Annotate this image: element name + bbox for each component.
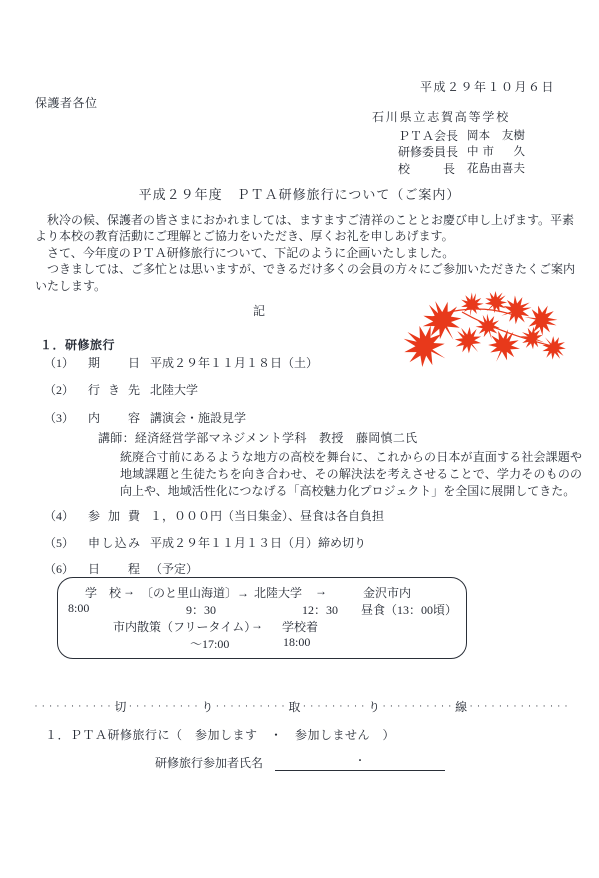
lecturer-line: 講師：経済経営学部マネジメント学科 教授 藤岡慎二氏 xyxy=(98,429,417,446)
paragraph: 秋冷の候、保護者の皆さまにおかれましては、ますますご清祥のこととお慶び申し上げま… xyxy=(35,212,576,245)
dotted-leader: ・・・・・・・・・・・ xyxy=(33,705,113,711)
officer-row: 校 長 花島由喜夫 xyxy=(398,161,525,177)
officer-name: 岡本 友樹 xyxy=(467,128,525,144)
cutline-char: り xyxy=(201,700,213,714)
recipient-line: 保護者各位 xyxy=(35,94,98,111)
item-number: （4） xyxy=(44,507,88,524)
item-label: 参加費 xyxy=(88,507,140,524)
item-value: 講演会・施設見学 xyxy=(150,409,246,426)
arrow-icon: → xyxy=(251,618,263,633)
officer-row: 研修委員長 中市 久 xyxy=(398,144,525,160)
schedule-via-road: 〔のと里山海道〕→ xyxy=(141,584,249,601)
document-date: 平成２９年１０月６日 xyxy=(0,78,555,95)
schedule-stop-school: 学 校 xyxy=(85,584,121,601)
dotted-leader: ・・・・・・・・・・ xyxy=(214,705,287,711)
item-value: 平成２９年１１月１３日（月）締め切り xyxy=(150,534,366,551)
participant-name-field: ・ xyxy=(275,756,445,771)
item-destination: （2） 行き先 北陸大学 xyxy=(44,381,198,398)
schedule-time: ～17:00 xyxy=(190,635,229,652)
cut-here-line: ・・・・・・・・・・・切・・・・・・・・・・り・・・・・・・・・・取・・・・・・… xyxy=(33,698,573,715)
officer-role: 研修委員長 xyxy=(398,144,455,160)
schedule-stop-kanazawa: 金沢市内 xyxy=(363,584,411,601)
schedule-time: 18:00 xyxy=(283,635,310,650)
participant-name-label: 研修旅行参加者氏名 xyxy=(155,754,263,771)
schedule-time: 12：30 xyxy=(302,601,338,618)
dotted-leader: ・・・・・・・・・・ xyxy=(127,705,200,711)
officer-name: 中市 久 xyxy=(467,144,525,160)
item-label: 申し込み xyxy=(88,534,140,551)
schedule-time: 9：30 xyxy=(186,601,216,618)
cutline-char: 線 xyxy=(455,700,467,714)
item-itinerary: （6） 日程 （予定） xyxy=(44,560,198,577)
lecturer-bio: 統廃合寸前にあるような地方の高校を舞台に、これからの日本が直面する社会課題や地域… xyxy=(120,449,582,501)
arrow-icon: → xyxy=(123,584,135,599)
sender-block: 石川県立志賀高等学校 ＰＴＡ会長 岡本 友樹 研修委員長 中市 久 校 長 花島… xyxy=(372,108,525,177)
participant-name-row: 研修旅行参加者氏名 ・ xyxy=(155,754,445,771)
item-number: （1） xyxy=(44,354,88,371)
officer-role: ＰＴＡ会長 xyxy=(398,128,455,144)
item-number: （5） xyxy=(44,534,88,551)
schedule-stop-return: 学校着 xyxy=(282,618,318,635)
item-value: （予定） xyxy=(150,560,198,577)
schedule-stop-university: 北陸大学 xyxy=(254,584,302,601)
schedule-time: 8:00 xyxy=(68,601,89,616)
item-number: （2） xyxy=(44,381,88,398)
item-label: 期日 xyxy=(88,354,140,371)
dotted-leader: ・・・・・・・・・ xyxy=(301,705,367,711)
document-title: 平成２９年度 ＰＴＡ研修旅行について（ご案内） xyxy=(0,184,599,203)
cutline-char: り xyxy=(368,700,380,714)
item-application: （5） 申し込み 平成２９年１１月１３日（月）締め切り xyxy=(44,534,366,551)
maple-leaves-illustration xyxy=(402,290,567,378)
schedule-box: 学 校 → 〔のと里山海道〕→ 北陸大学 → 金沢市内 8:00 9：30 12… xyxy=(57,577,467,659)
item-number: （3） xyxy=(44,409,88,426)
item-value: 平成２９年１１月１８日（土） xyxy=(150,354,318,371)
greeting-paragraphs: 秋冷の候、保護者の皆さまにおかれましては、ますますご清祥のこととお慶び申し上げま… xyxy=(35,212,576,294)
pta-trip-notice-document: 平成２９年１０月６日 保護者各位 石川県立志賀高等学校 ＰＴＡ会長 岡本 友樹 … xyxy=(0,0,599,878)
item-date: （1） 期日 平成２９年１１月１８日（土） xyxy=(44,354,318,371)
participation-question: １．ＰＴＡ研修旅行に（ 参加します ・ 参加しません ） xyxy=(45,726,395,743)
item-value: 北陸大学 xyxy=(150,381,198,398)
dotted-leader: ・・・・・・・・・・・・・・ xyxy=(468,705,570,711)
section-heading: １．研修旅行 xyxy=(40,336,115,353)
paragraph: さて、今年度のＰＴＡ研修旅行について、下記のように企画いたしました。 xyxy=(35,245,576,261)
schedule-free-time: 市内散策（フリータイム） xyxy=(113,618,256,635)
cutline-char: 取 xyxy=(288,700,300,714)
item-label: 内容 xyxy=(88,409,140,426)
arrow-icon: → xyxy=(315,584,327,599)
cutline-char: 切 xyxy=(114,700,126,714)
officer-row: ＰＴＡ会長 岡本 友樹 xyxy=(398,128,525,144)
dotted-leader: ・・・・・・・・・・ xyxy=(381,705,454,711)
officer-role: 校 長 xyxy=(398,161,455,177)
officer-name: 花島由喜夫 xyxy=(467,161,525,177)
name-field-separator-dot: ・ xyxy=(355,756,365,767)
item-content: （3） 内容 講演会・施設見学 xyxy=(44,409,246,426)
schedule-lunch-note: 昼食（13：00頃） xyxy=(361,601,457,618)
school-name: 石川県立志賀高等学校 xyxy=(372,108,525,125)
item-value: １，０００円（当日集金）、昼食は各自負担 xyxy=(150,507,384,524)
item-label: 行き先 xyxy=(88,381,140,398)
item-fee: （4） 参加費 １，０００円（当日集金）、昼食は各自負担 xyxy=(44,507,384,524)
item-number: （6） xyxy=(44,560,88,577)
item-label: 日程 xyxy=(88,560,140,577)
